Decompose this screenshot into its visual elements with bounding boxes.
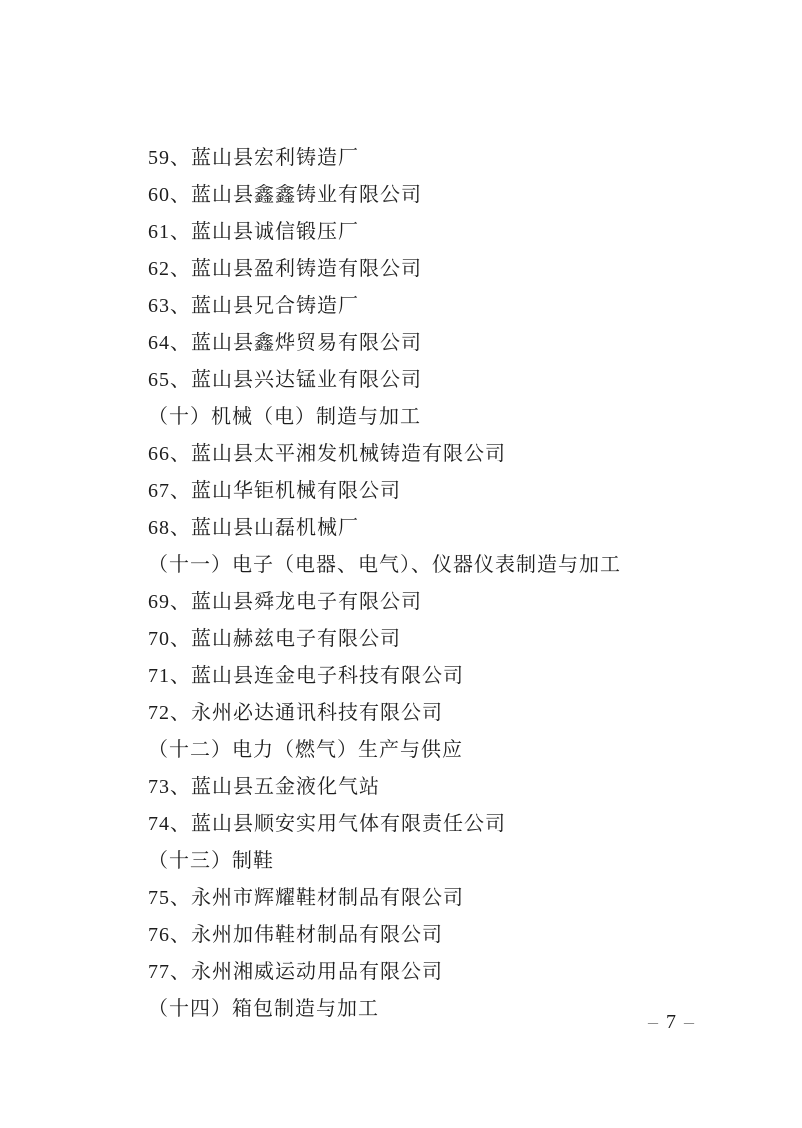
section-heading: （十）机械（电）制造与加工 — [148, 399, 621, 436]
list-item: 70、蓝山赫兹电子有限公司 — [148, 621, 621, 658]
section-heading: （十一）电子（电器、电气）、仪器仪表制造与加工 — [148, 547, 621, 584]
list-item: 59、蓝山县宏利铸造厂 — [148, 140, 621, 177]
list-item: 71、蓝山县连金电子科技有限公司 — [148, 658, 621, 695]
list-item: 77、永州湘威运动用品有限公司 — [148, 954, 621, 991]
page-number: – 7 – — [648, 1010, 694, 1034]
list-item: 61、蓝山县诚信锻压厂 — [148, 214, 621, 251]
section-heading: （十二）电力（燃气）生产与供应 — [148, 732, 621, 769]
document-page: 59、蓝山县宏利铸造厂60、蓝山县鑫鑫铸业有限公司61、蓝山县诚信锻压厂62、蓝… — [0, 0, 802, 1128]
list-item: 68、蓝山县山磊机械厂 — [148, 510, 621, 547]
page-number-dash-left: – — [648, 1010, 658, 1034]
list-item: 64、蓝山县鑫烨贸易有限公司 — [148, 325, 621, 362]
list-item: 69、蓝山县舜龙电子有限公司 — [148, 584, 621, 621]
list-item: 75、永州市辉耀鞋材制品有限公司 — [148, 880, 621, 917]
list-item: 72、永州必达通讯科技有限公司 — [148, 695, 621, 732]
list-item: 60、蓝山县鑫鑫铸业有限公司 — [148, 177, 621, 214]
company-list: 59、蓝山县宏利铸造厂60、蓝山县鑫鑫铸业有限公司61、蓝山县诚信锻压厂62、蓝… — [148, 140, 621, 1028]
page-number-value: 7 — [666, 1010, 676, 1034]
list-item: 66、蓝山县太平湘发机械铸造有限公司 — [148, 436, 621, 473]
list-item: 76、永州加伟鞋材制品有限公司 — [148, 917, 621, 954]
list-item: 62、蓝山县盈利铸造有限公司 — [148, 251, 621, 288]
page-number-dash-right: – — [684, 1010, 694, 1034]
list-item: 67、蓝山华钜机械有限公司 — [148, 473, 621, 510]
list-item: 74、蓝山县顺安实用气体有限责任公司 — [148, 806, 621, 843]
list-item: 65、蓝山县兴达锰业有限公司 — [148, 362, 621, 399]
section-heading: （十四）箱包制造与加工 — [148, 991, 621, 1028]
list-item: 73、蓝山县五金液化气站 — [148, 769, 621, 806]
list-item: 63、蓝山县兄合铸造厂 — [148, 288, 621, 325]
section-heading: （十三）制鞋 — [148, 843, 621, 880]
